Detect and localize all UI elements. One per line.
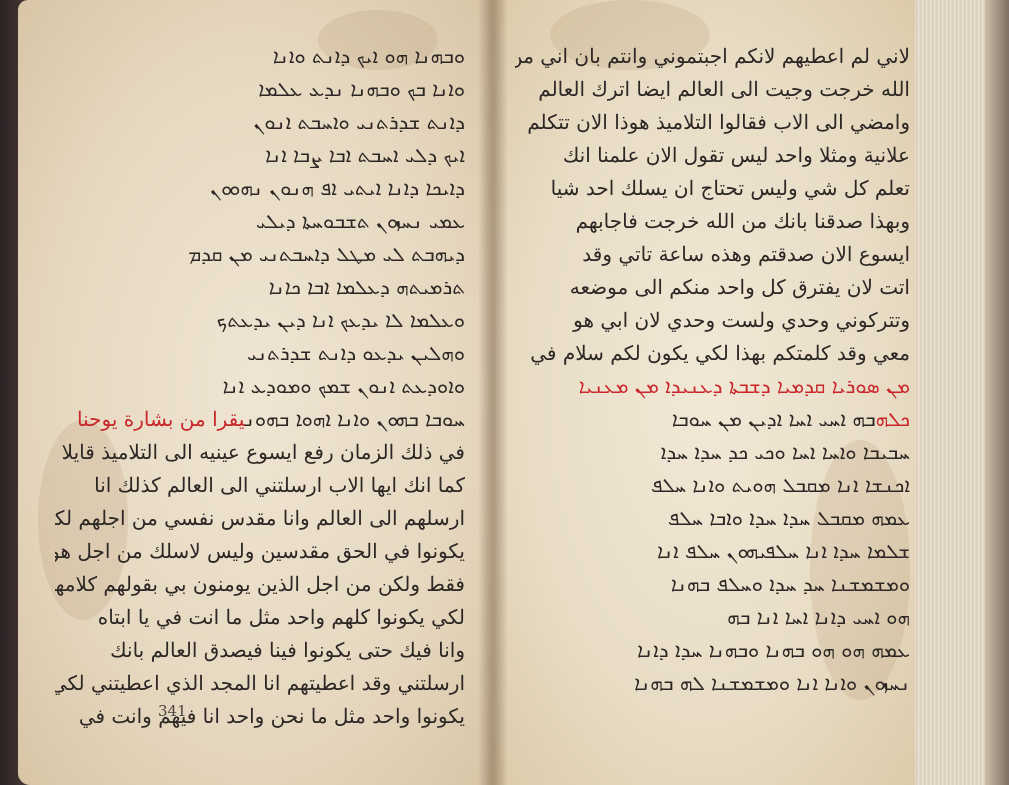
line-text: تعلم كل شي وليس تحتاج ان يسلك احد شيا bbox=[551, 176, 910, 200]
manuscript-line: وبهذا صدقنا بانك من الله خرجت فاجابهم bbox=[515, 205, 910, 238]
line-text: ܚܒܝܒܐ ܘܐܚܐ ܐܚܐ ܘܟܝ ܟܕ ܚܕܐ ܚܕܐ bbox=[661, 440, 910, 464]
manuscript-line: ܥܡܗ ܗܘ ܗܘ ܒܗܢܐ ܘܒܗܢܐ ܚܕܐ ܕܐܢܐ bbox=[515, 634, 910, 667]
manuscript-line: ܕܝܗܒܬ ܠܝ ܡܛܠ ܕܐܚܒܬܢܝ ܡܢ ܩܕܡ bbox=[55, 238, 465, 271]
line-text: لكي يكونوا كلهم واحد مثل ما انت في يا اب… bbox=[98, 605, 465, 629]
line-text: يكونوا في الحق مقدسين وليس لاسلك من اجل … bbox=[55, 539, 465, 563]
manuscript-line: ܘܐܢܐ ܒܟ ܘܒܗܢܐ ܢܕܥ ܥܠܡܐ bbox=[55, 73, 465, 106]
line-text: معي وقد كلمتكم بهذا لكي يكون لكم سلام في bbox=[530, 341, 910, 365]
line-text: وبهذا صدقنا بانك من الله خرجت فاجابهم bbox=[576, 209, 910, 233]
line-text: كما انك ايها الاب ارسلتني الى العالم كذل… bbox=[94, 473, 465, 497]
manuscript-line: ܚܒܝܒܐ ܘܐܚܐ ܐܚܐ ܘܟܝ ܟܕ ܚܕܐ ܚܕܐ bbox=[515, 436, 910, 469]
manuscript-line: ܫܠܡܐ ܚܕܐ ܐܢܐ ܚܠܦܝܗܘܢ ܚܠܦ ܐܢܐ bbox=[515, 535, 910, 568]
line-text: ܢܚܙܘܢ ܘܐܢܐ ܐܢܐ ܘܡܫܡܫܢܐ ܠܗ ܒܗܢܐ bbox=[634, 671, 910, 695]
manuscript-line: تعلم كل شي وليس تحتاج ان يسلك احد شيا bbox=[515, 172, 910, 205]
line-text: ܫܠܡܐ ܚܕܐ ܐܢܐ ܚܠܦܝܗܘܢ ܚܠܦ ܐܢܐ bbox=[657, 539, 910, 563]
manuscript-line: كما انك ايها الاب ارسلتني الى العالم كذل… bbox=[55, 469, 465, 502]
rubric-text: يقرا من بشارة يوحنا bbox=[77, 407, 245, 431]
line-text: ܥܡܗ ܗܘ ܗܘ ܒܗܢܐ ܘܒܗܢܐ ܚܕܐ ܕܐܢܐ bbox=[637, 638, 910, 662]
manuscript-line: ايسوع الان صدقتم وهذه ساعة تاتي وقد bbox=[515, 238, 910, 271]
manuscript-line: ܕܐܢܬ ܫܕܪܬܢܝ ܘܐܚܒܬ ܐܢܘܢ bbox=[55, 106, 465, 139]
manuscript-line: ܘܐܘܕܥܬ ܐܢܘܢ ܫܡܟ ܘܡܘܕܥ ܐܢܐ bbox=[55, 370, 465, 403]
line-text: ܘܥܠܡܐ ܠܐ ܝܕܥܟ ܐܢܐ ܕܝܢ ܝܕܥܬܟ bbox=[217, 308, 465, 332]
line-text: ܘܡܫܡܫܢܐ ܚܕ ܚܕܐ ܘܚܠܦ ܒܗܢܐ bbox=[671, 572, 910, 596]
line-text: ܥܡܗ ܡܩܒܠ ܚܕܐ ܚܕܐ ܘܐܒܐ ܚܠܦ bbox=[668, 506, 910, 530]
manuscript-line: لاني لم اعطيهم لانكم اجبتموني وانتم بان … bbox=[515, 40, 910, 73]
line-text: فقط ولكن من اجل الذين يومنون بي بقولهم ك… bbox=[55, 572, 465, 596]
line-text: ارسلهم الى العالم وانا مقدس نفسي من اجله… bbox=[55, 506, 465, 530]
line-text: ارسلتني وقد اعطيتهم انا المجد الذي اعطيت… bbox=[55, 671, 465, 695]
manuscript-line: وانا فيك حتى يكونوا فينا فيصدق العالم با… bbox=[55, 634, 465, 667]
manuscript-line: اتت لان يفترق كل واحد منكم الى موضعه bbox=[515, 271, 910, 304]
manuscript-line: يكونوا واحد مثل ما نحن واحد انا فيهم وان… bbox=[55, 700, 465, 733]
manuscript-line: وتتركوني وحدي ولست وحدي لان ابي هو bbox=[515, 304, 910, 337]
line-text: ايسوع الان صدقتم وهذه ساعة تاتي وقد bbox=[582, 242, 910, 266]
manuscript-line: ܘܒܗܢܐ ܗܘ ܐܝܟ ܕܐܢܬ ܘܐܢܐ bbox=[55, 40, 465, 73]
manuscript-line: ܚܘܒܐ ܒܗܘܢ ܘܐܢܐ ܐܗܘܐ ܒܗܘܢيقرا من بشارة يو… bbox=[55, 403, 465, 436]
line-text: ܬܪܡܝܬܗ ܕܥܠܡܐ ܐܒܐ ܟܐܢܐ bbox=[269, 275, 465, 299]
line-text: ܘܐܢܐ ܒܟ ܘܒܗܢܐ ܢܕܥ ܥܠܡܐ bbox=[258, 77, 465, 101]
manuscript-line: ܕܐܝܟܐ ܕܐܢܐ ܐܝܬܝ ܐܦ ܗܢܘܢ ܢܗܘܘܢ bbox=[55, 172, 465, 205]
line-text: ܒܗ ܐܚܝ ܐܚܐ ܐܕܝܢ ܡܢ ܚܘܒܐ bbox=[672, 407, 876, 431]
line-text: ܘܒܗܢܐ ܗܘ ܐܝܟ ܕܐܢܬ ܘܐܢܐ bbox=[273, 44, 465, 68]
manuscript-line: ܥܡܝ ܢܚܙܘܢ ܬܫܒܘܚܬܐ ܕܝܠܝ bbox=[55, 205, 465, 238]
line-text: ܕܐܝܟܐ ܕܐܢܐ ܐܝܬܝ ܐܦ ܗܢܘܢ ܢܗܘܘܢ bbox=[210, 176, 465, 200]
line-text: ܘܐܘܕܥܬ ܐܢܘܢ ܫܡܟ ܘܡܘܕܥ ܐܢܐ bbox=[223, 374, 465, 398]
manuscript-line: في ذلك الزمان رفع ايسوع عينيه الى التلام… bbox=[55, 436, 465, 469]
line-text: علانية ومثلا واحد ليس تقول الان علمنا ان… bbox=[563, 143, 910, 167]
line-text: في ذلك الزمان رفع ايسوع عينيه الى التلام… bbox=[62, 440, 465, 464]
line-text: ܗܘ ܐܚܝ ܕܐܢܐ ܐܚܐ ܐܢܐ ܒܗ bbox=[727, 605, 910, 629]
manuscript-line: ܬܪܡܝܬܗ ܕܥܠܡܐ ܐܒܐ ܟܐܢܐ bbox=[55, 271, 465, 304]
manuscript-line: الله خرجت وجيت الى العالم ايضا اترك العا… bbox=[515, 73, 910, 106]
manuscript-line: ܘܡܫܡܫܢܐ ܚܕ ܚܕܐ ܘܚܠܦ ܒܗܢܐ bbox=[515, 568, 910, 601]
manuscript-line: ارسلهم الى العالم وانا مقدس نفسي من اجله… bbox=[55, 502, 465, 535]
manuscript-line: معي وقد كلمتكم بهذا لكي يكون لكم سلام في bbox=[515, 337, 910, 370]
line-text: وامضي الى الاب فقالوا التلاميذ هوذا الان… bbox=[527, 110, 910, 134]
rubric-text: ܟܠܗ bbox=[876, 407, 910, 431]
manuscript-line: ܡܢ ܣܘܪܝܐ ܩܕܡܝܐ ܕܫܒܬܐ ܕܥܢܝܕܐ ܡܢ ܡܥܢܝܐ bbox=[515, 370, 910, 403]
manuscript-line: يكونوا في الحق مقدسين وليس لاسلك من اجل … bbox=[55, 535, 465, 568]
line-text: وتتركوني وحدي ولست وحدي لان ابي هو bbox=[573, 308, 910, 332]
open-manuscript: ܘܒܗܢܐ ܗܘ ܐܝܟ ܕܐܢܬ ܘܐܢܐܘܐܢܐ ܒܟ ܘܒܗܢܐ ܢܕܥ … bbox=[0, 0, 1009, 785]
folio-number: 341 bbox=[158, 702, 187, 720]
manuscript-line: ܗܘ ܐܚܝ ܕܐܢܐ ܐܚܐ ܐܢܐ ܒܗ bbox=[515, 601, 910, 634]
line-text: يكونوا واحد مثل ما نحن واحد انا فيهم وان… bbox=[79, 704, 465, 728]
manuscript-line: ارسلتني وقد اعطيتهم انا المجد الذي اعطيت… bbox=[55, 667, 465, 700]
line-text: وانا فيك حتى يكونوا فينا فيصدق العالم با… bbox=[110, 638, 465, 662]
manuscript-line: ܘܥܠܡܐ ܠܐ ܝܕܥܟ ܐܢܐ ܕܝܢ ܝܕܥܬܟ bbox=[55, 304, 465, 337]
manuscript-line: علانية ومثلا واحد ليس تقول الان علمنا ان… bbox=[515, 139, 910, 172]
line-text: لاني لم اعطيهم لانكم اجبتموني وانتم بان … bbox=[515, 44, 910, 68]
manuscript-line: وامضي الى الاب فقالوا التلاميذ هوذا الان… bbox=[515, 106, 910, 139]
manuscript-line: ܘܗܠܝܢ ܝܕܥܘ ܕܐܢܬ ܫܕܪܬܢܝ bbox=[55, 337, 465, 370]
book-gutter bbox=[478, 0, 508, 785]
manuscript-line: ܟܠܗܒܗ ܐܚܝ ܐܚܐ ܐܕܝܢ ܡܢ ܚܘܒܐ bbox=[515, 403, 910, 436]
line-text: اتت لان يفترق كل واحد منكم الى موضعه bbox=[570, 275, 910, 299]
manuscript-line: ܐܝܟ ܕܠܝ ܐܚܒܬ ܐܒܐ ܨܒܐ ܐܢܐ bbox=[55, 139, 465, 172]
manuscript-line: ܐܟܢܫܐ ܐܢܐ ܡܩܒܠ ܗܘܝܬ ܘܐܢܐ ܚܠܦ bbox=[515, 469, 910, 502]
manuscript-line: لكي يكونوا كلهم واحد مثل ما انت في يا اب… bbox=[55, 601, 465, 634]
manuscript-line: فقط ولكن من اجل الذين يومنون بي بقولهم ك… bbox=[55, 568, 465, 601]
rubric-text: ܡܢ ܣܘܪܝܐ ܩܕܡܝܐ ܕܫܒܬܐ ܕܥܢܝܕܐ ܡܢ ܡܥܢܝܐ bbox=[579, 374, 910, 398]
line-text: ܐܝܟ ܕܠܝ ܐܚܒܬ ܐܒܐ ܨܒܐ ܐܢܐ bbox=[265, 143, 465, 167]
line-text: ܕܐܢܬ ܫܕܪܬܢܝ ܘܐܚܒܬ ܐܢܘܢ bbox=[253, 110, 465, 134]
line-text: ܕܝܗܒܬ ܠܝ ܡܛܠ ܕܐܚܒܬܢܝ ܡܢ ܩܕܡ bbox=[188, 242, 465, 266]
line-text: ܐܟܢܫܐ ܐܢܐ ܡܩܒܠ ܗܘܝܬ ܘܐܢܐ ܚܠܦ bbox=[651, 473, 910, 497]
line-text: ܘܗܠܝܢ ܝܕܥܘ ܕܐܢܬ ܫܕܪܬܢܝ bbox=[247, 341, 465, 365]
manuscript-line: ܥܡܗ ܡܩܒܠ ܚܕܐ ܚܕܐ ܘܐܒܐ ܚܠܦ bbox=[515, 502, 910, 535]
line-text: الله خرجت وجيت الى العالم ايضا اترك العا… bbox=[538, 77, 910, 101]
right-page-text: لاني لم اعطيهم لانكم اجبتموني وانتم بان … bbox=[515, 40, 910, 700]
line-text: ܚܘܒܐ ܒܗܘܢ ܘܐܢܐ ܐܗܘܐ ܒܗܘܢ bbox=[245, 407, 465, 431]
left-page-text: ܘܒܗܢܐ ܗܘ ܐܝܟ ܕܐܢܬ ܘܐܢܐܘܐܢܐ ܒܟ ܘܒܗܢܐ ܢܕܥ … bbox=[55, 40, 465, 733]
line-text: ܥܡܝ ܢܚܙܘܢ ܬܫܒܘܚܬܐ ܕܝܠܝ bbox=[256, 209, 465, 233]
manuscript-line: ܢܚܙܘܢ ܘܐܢܐ ܐܢܐ ܘܡܫܡܫܢܐ ܠܗ ܒܗܢܐ bbox=[515, 667, 910, 700]
page-edges-shadow bbox=[985, 0, 1009, 785]
